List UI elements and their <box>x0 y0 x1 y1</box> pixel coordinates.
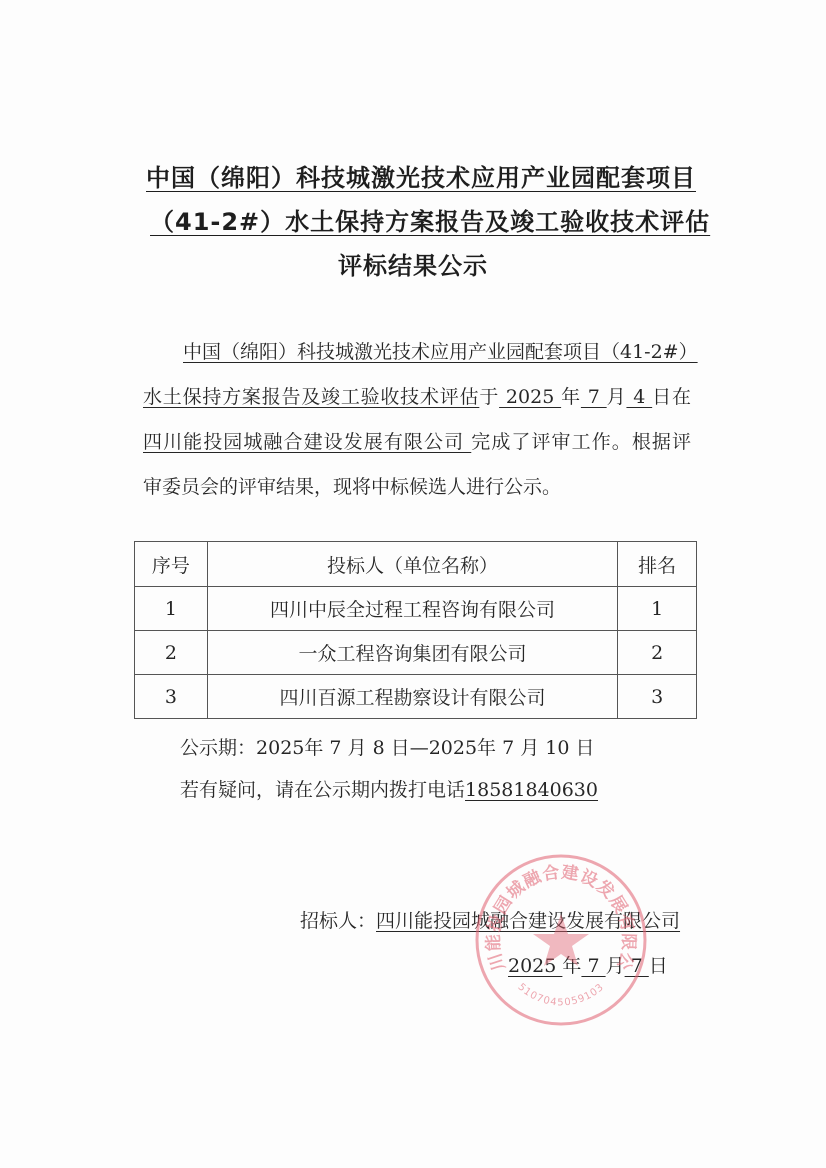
project-name-part-2: 水土保持方案报告及竣工验收技术评估 <box>143 386 479 408</box>
cell-serial: 3 <box>135 675 208 719</box>
title-line-3: 评标结果公示 <box>0 246 826 281</box>
title-line-2: （41-2#）水土保持方案报告及竣工验收技术评估 <box>150 202 690 237</box>
svg-text:5107045059103: 5107045059103 <box>516 982 607 1009</box>
text-ri: 日 <box>649 955 668 977</box>
text-nian: 年 <box>561 386 581 408</box>
review-location: 四川能投园城融合建设发展有限公司 <box>143 431 471 453</box>
sign-year: 2025 <box>508 955 562 977</box>
tenderer-label: 招标人： <box>300 910 376 932</box>
text-ri-zai: 日在 <box>652 386 691 408</box>
cell-bidder: 四川中辰全过程工程咨询有限公司 <box>207 587 617 631</box>
sign-month: 7 <box>581 955 605 977</box>
table-row: 3 四川百源工程勘察设计有限公司 3 <box>135 675 697 719</box>
review-month: 7 <box>581 386 607 408</box>
review-year: 2025 <box>499 386 561 408</box>
table-row: 2 一众工程咨询集团有限公司 2 <box>135 631 697 675</box>
sign-day: 7 <box>625 955 649 977</box>
intro-line-3: 四川能投园城融合建设发展有限公司 完成了评审工作。根据评 <box>143 427 691 454</box>
text-done: 完成了评审工作。根据评 <box>471 431 691 453</box>
document-page: 中国（绵阳）科技城激光技术应用产业园配套项目 （41-2#）水土保持方案报告及竣… <box>0 0 826 1168</box>
official-seal-icon: 四川能投园城融合建设发展有限公司 5107045059103 <box>473 852 649 1028</box>
contact-line: 若有疑问，请在公示期内拨打电话18581840630 <box>180 775 598 802</box>
text-yu: 于 <box>479 386 499 408</box>
period-value: 2025年 7 月 8 日—2025年 7 月 10 日 <box>256 737 594 759</box>
cell-serial: 1 <box>135 587 208 631</box>
cell-rank: 2 <box>618 631 697 675</box>
cell-serial: 2 <box>135 631 208 675</box>
header-rank: 排名 <box>618 542 697 587</box>
text-nian: 年 <box>562 955 581 977</box>
table-header-row: 序号 投标人（单位名称） 排名 <box>135 542 697 587</box>
tenderer-name: 四川能投园城融合建设发展有限公司 <box>376 910 680 932</box>
header-bidder: 投标人（单位名称） <box>207 542 617 587</box>
cell-rank: 1 <box>618 587 697 631</box>
signature-date: 2025 年 7 月 7 日 <box>508 951 668 978</box>
tenderer-line: 招标人：四川能投园城融合建设发展有限公司 <box>300 906 680 933</box>
text-yue: 月 <box>606 955 625 977</box>
table-row: 1 四川中辰全过程工程咨询有限公司 1 <box>135 587 697 631</box>
cell-bidder: 一众工程咨询集团有限公司 <box>207 631 617 675</box>
intro-line-4: 审委员会的评审结果，现将中标候选人进行公示。 <box>143 472 691 499</box>
title-line-1: 中国（绵阳）科技城激光技术应用产业园配套项目 <box>146 158 694 193</box>
intro-line-2: 水土保持方案报告及竣工验收技术评估于 2025 年 7 月 4 日在 <box>143 382 691 409</box>
review-day: 4 <box>626 386 652 408</box>
publicity-period: 公示期：2025年 7 月 8 日—2025年 7 月 10 日 <box>180 733 594 760</box>
phone-number: 18581840630 <box>465 779 598 801</box>
intro-line-1: 中国（绵阳）科技城激光技术应用产业园配套项目（41-2#） <box>183 337 691 364</box>
cell-rank: 3 <box>618 675 697 719</box>
contact-text: 若有疑问，请在公示期内拨打电话 <box>180 779 465 801</box>
text-yue: 月 <box>607 386 627 408</box>
period-label: 公示期： <box>180 737 256 759</box>
project-name-part-1: 中国（绵阳）科技城激光技术应用产业园配套项目（41-2#） <box>183 341 698 363</box>
cell-bidder: 四川百源工程勘察设计有限公司 <box>207 675 617 719</box>
seal-code: 5107045059103 <box>516 982 607 1009</box>
bid-result-table: 序号 投标人（单位名称） 排名 1 四川中辰全过程工程咨询有限公司 1 2 一众… <box>134 541 697 719</box>
header-serial: 序号 <box>135 542 208 587</box>
